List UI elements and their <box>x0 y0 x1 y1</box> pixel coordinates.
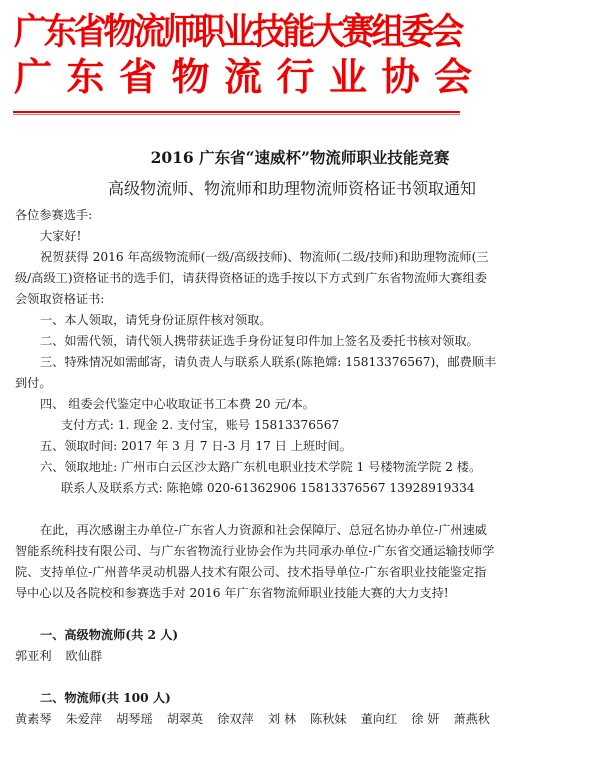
thanks-line-1: 在此，再次感谢主办单位-广东省人力资源和社会保障厅、总冠名协办单位-广州速威 <box>15 520 485 541</box>
item-three-cont: 到付。 <box>15 373 485 394</box>
letterhead-committee: 广东省物流师职业技能大赛组委会 <box>14 8 484 56</box>
letterhead: 广东省物流师职业技能大赛组委会 广东省物流行业协会 <box>14 8 484 102</box>
name-item: 黄素琴 <box>15 709 52 730</box>
notice-subtitle: 高级物流师、物流师和助理物流师资格证书领取通知 <box>0 176 592 199</box>
name-item: 朱爱萍 <box>66 709 103 730</box>
name-item: 胡翠英 <box>167 709 204 730</box>
greeting: 大家好! <box>15 226 485 247</box>
name-item: 郭亚利 <box>15 646 52 667</box>
standard-list-heading: 二、物流师(共 100 人) <box>15 688 485 709</box>
name-item: 陈秋妹 <box>310 709 347 730</box>
name-item: 欧仙群 <box>66 646 103 667</box>
name-item: 董向红 <box>361 709 398 730</box>
name-item: 徐 妍 <box>411 709 439 730</box>
item-five: 五、领取时间: 2017 年 3 月 7 日-3 月 17 日 上班时间。 <box>15 436 485 457</box>
name-item: 刘 林 <box>268 709 296 730</box>
salutation: 各位参赛选手: <box>15 205 485 226</box>
notice-body: 各位参赛选手: 大家好! 祝贺获得 2016 年高级物流师(一级/高级技师)、物… <box>15 205 485 730</box>
letterhead-association: 广东省物流行业协会 <box>14 52 484 102</box>
intro-line-3: 会领取资格证书: <box>15 289 485 310</box>
letterhead-divider <box>13 111 460 116</box>
thanks-line-3: 院、支持单位-广州普华灵动机器人技术有限公司、技术指导单位-广东省职业技能鉴定指 <box>15 562 485 583</box>
standard-names: 黄素琴朱爱萍胡琴瑶胡翠英徐双萍刘 林陈秋妹董向红徐 妍萧燕秋 <box>15 709 485 730</box>
intro-line-2: 级/高级工)资格证书的选手们，请获得资格证的选手按以下方式到广东省物流师大赛组委 <box>15 268 485 289</box>
item-six: 六、领取地址: 广州市白云区沙太路广东机电职业技术学院 1 号楼物流学院 2 楼… <box>15 457 485 478</box>
item-three: 三、特殊情况如需邮寄，请负责人与联系人联系(陈艳嫦: 15813376567)，… <box>15 352 485 373</box>
senior-names: 郭亚利欧仙群 <box>15 646 485 667</box>
name-item: 萧燕秋 <box>453 709 490 730</box>
item-four: 四、 组委会代鉴定中心收取证书工本费 20 元/本。 <box>15 394 485 415</box>
name-item: 胡琴瑶 <box>116 709 153 730</box>
senior-list-heading: 一、高级物流师(共 2 人) <box>15 625 485 646</box>
item-two: 二、如需代领，请代领人携带获证选手身份证复印件加上签名及委托书核对领取。 <box>15 331 485 352</box>
thanks-line-4: 导中心以及各院校和参赛选手对 2016 年广东省物流师职业技能大赛的大力支持! <box>15 583 485 604</box>
notice-title: 2016 广东省“速威杯”物流师职业技能竞赛 <box>0 146 600 168</box>
item-one: 一、本人领取，请凭身份证原件核对领取。 <box>15 310 485 331</box>
name-item: 徐双萍 <box>217 709 254 730</box>
contact-info: 联系人及联系方式: 陈艳嫦 020-61362906 15813376567 1… <box>15 478 485 499</box>
intro-line-1: 祝贺获得 2016 年高级物流师(一级/高级技师)、物流师(二级/技师)和助理物… <box>15 247 485 268</box>
thanks-line-2: 智能系统科技有限公司、与广东省物流行业协会作为共同承办单位-广东省交通运输技师学 <box>15 541 485 562</box>
payment-method: 支付方式: 1. 现金 2. 支付宝，账号 15813376567 <box>15 415 485 436</box>
